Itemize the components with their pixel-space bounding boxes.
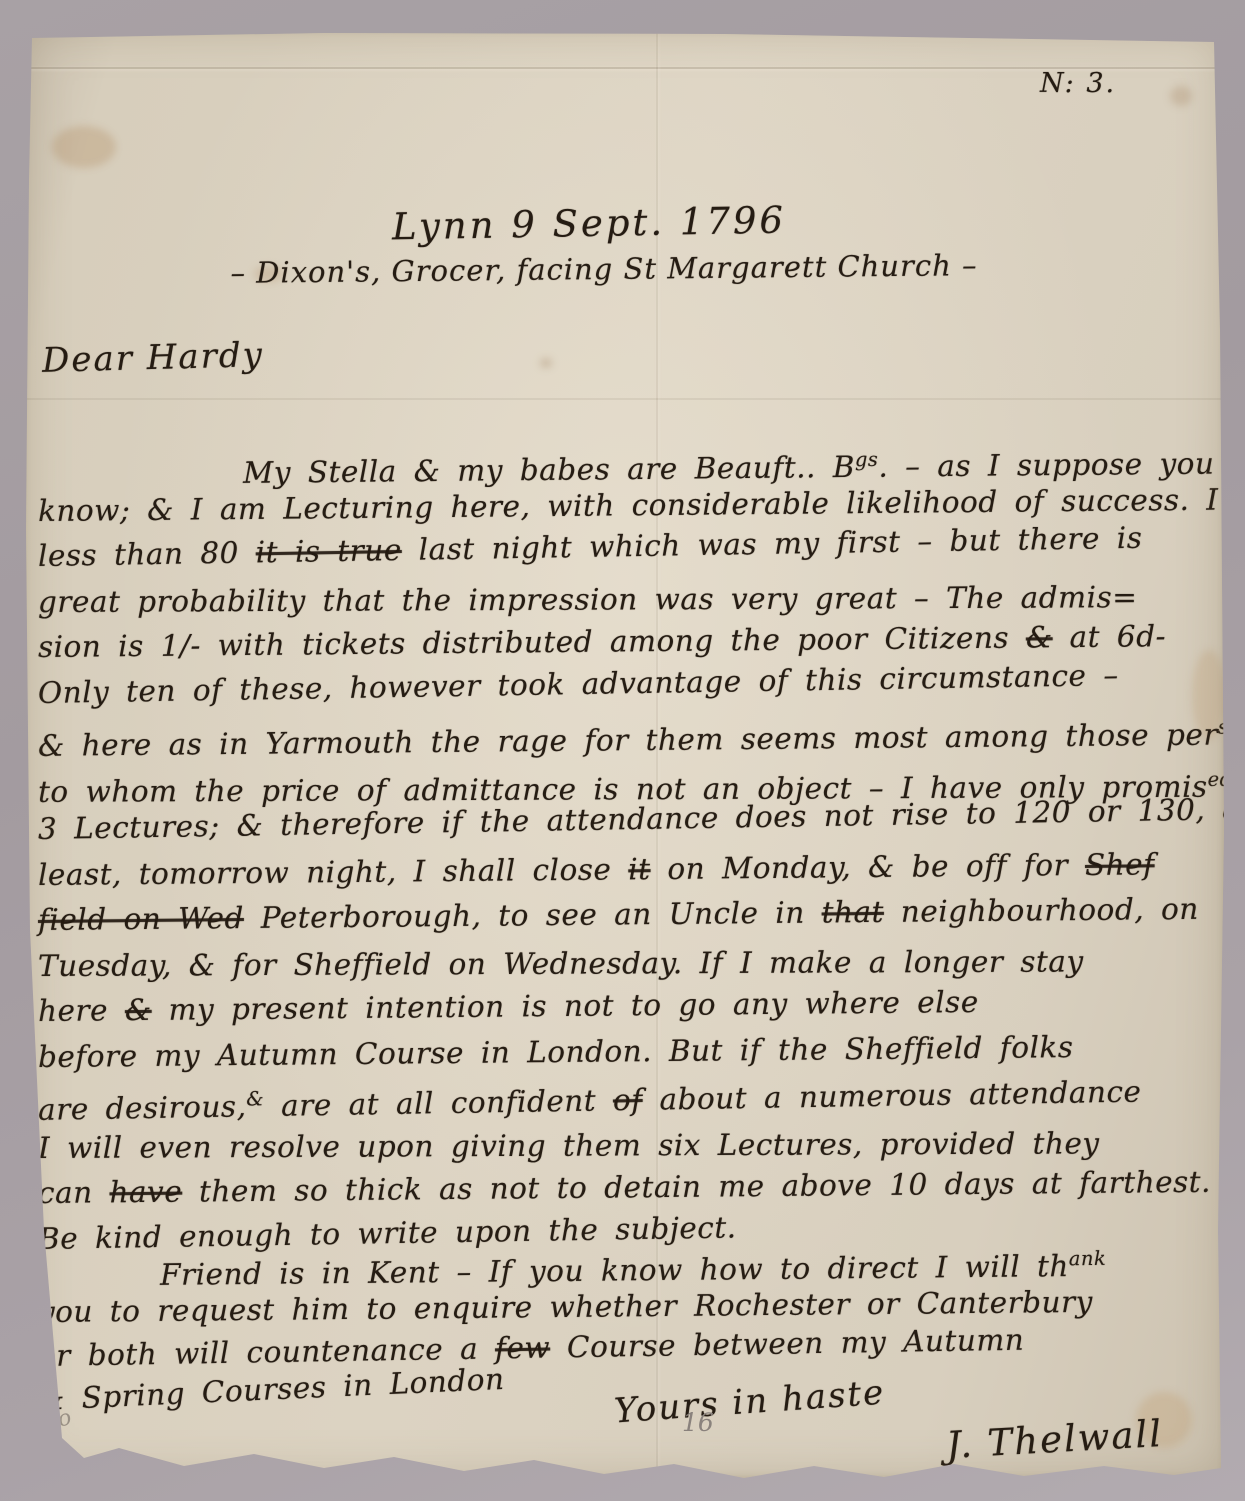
text-segment: at 6d- bbox=[1052, 619, 1166, 654]
struck-text-segment: that bbox=[821, 895, 884, 930]
text-segment: on Monday, & be off for bbox=[650, 847, 1085, 885]
struck-text-segment: have bbox=[109, 1175, 182, 1210]
letter-page: N: 3. Lynn 9 Sept. 1796 – Dixon's, Groce… bbox=[24, 30, 1224, 1478]
dateline: Lynn 9 Sept. 1796 bbox=[0, 192, 1189, 256]
text-segment: are at all confident bbox=[264, 1083, 613, 1123]
text-segment: last night which was my first – but ther… bbox=[401, 521, 1142, 567]
pencil-page-number: 16 bbox=[682, 1408, 714, 1437]
struck-text-segment: field on Wed bbox=[38, 901, 244, 937]
photograph-background: { "letter": { "archival_number": "N: 3."… bbox=[0, 0, 1245, 1501]
fold-crease-horizontal-mid bbox=[24, 398, 1224, 400]
text-segment: Peterborough, to see an Uncle in bbox=[244, 895, 822, 935]
text-segment: are desirous, bbox=[38, 1089, 247, 1126]
text-segment: I will even resolve upon giving them six… bbox=[38, 1126, 1100, 1165]
paper-stain bbox=[52, 126, 116, 168]
text-segment: least, tomorrow night, I shall close bbox=[38, 852, 629, 892]
superscript-text-segment: gs bbox=[855, 448, 879, 471]
struck-text-segment: & bbox=[125, 993, 152, 1027]
struck-text-segment: it bbox=[628, 852, 651, 886]
superscript-text-segment: sons bbox=[1218, 715, 1245, 738]
address-line: – Dixon's, Grocer, facing St Margarett C… bbox=[4, 246, 1204, 293]
archival-number: N: 3. bbox=[1040, 68, 1116, 99]
text-segment: my present intention is not to go any wh… bbox=[151, 985, 978, 1027]
text-segment: neighbourhood, on bbox=[884, 892, 1199, 929]
struck-text-segment: it is true bbox=[255, 533, 402, 569]
text-segment: & here as in Yarmouth the rage for them … bbox=[38, 718, 1218, 763]
paper-stain bbox=[540, 358, 552, 368]
struck-text-segment: & bbox=[1026, 620, 1053, 654]
salutation: Dear Hardy bbox=[42, 335, 265, 381]
superscript-text-segment: ank bbox=[1069, 1247, 1107, 1270]
text-segment: here bbox=[38, 993, 125, 1028]
pencil-mark: ho bbox=[41, 1405, 74, 1436]
paper-stain bbox=[1170, 86, 1192, 106]
text-segment: about a numerous attendance bbox=[642, 1075, 1141, 1117]
struck-text-segment: of bbox=[613, 1083, 643, 1117]
text-segment: great probability that the impression wa… bbox=[38, 580, 1138, 619]
superscript-text-segment: & bbox=[246, 1087, 264, 1110]
text-segment: can bbox=[38, 1175, 110, 1210]
text-segment: Tuesday, & for Sheffield on Wednesday. I… bbox=[38, 944, 1084, 983]
struck-text-segment: Shef bbox=[1085, 847, 1155, 882]
letter-paragraph-1: My Stella & my babes are Beauft.. Bgs. –… bbox=[38, 443, 1216, 1262]
text-segment: less than 80 bbox=[38, 535, 256, 573]
